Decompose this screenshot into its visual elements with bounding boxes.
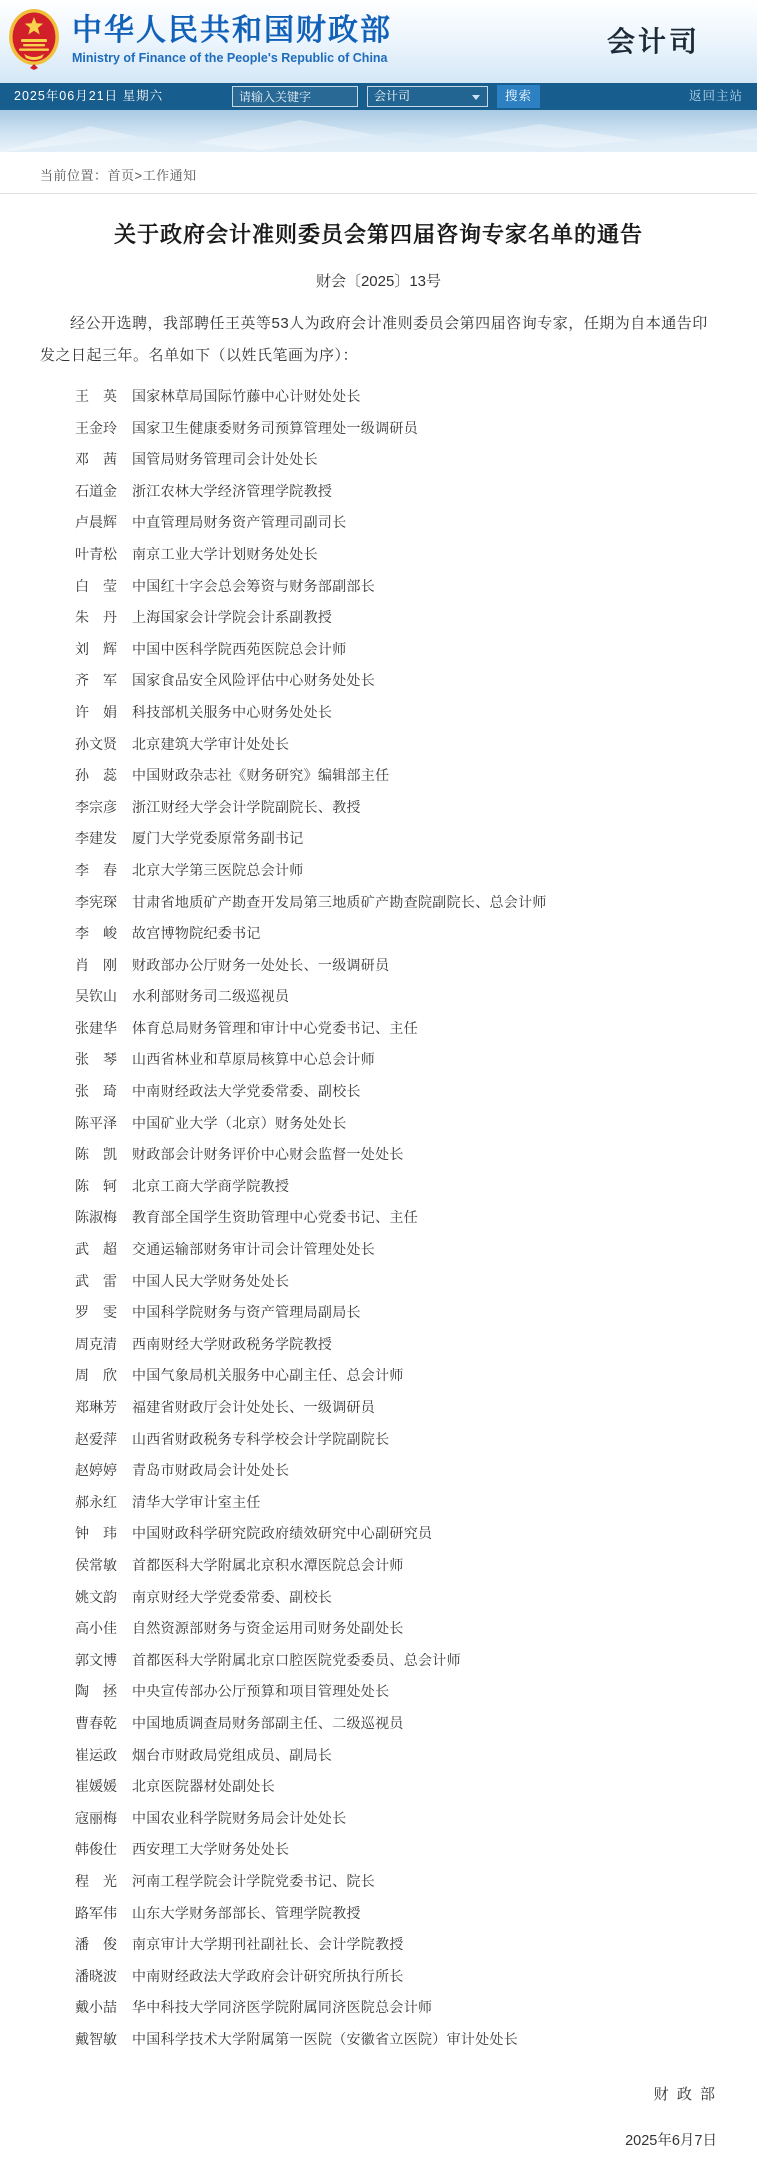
expert-name: 陈淑梅 [75, 1202, 117, 1234]
list-item: 吴钦山水利部财务司二级巡视员 [75, 981, 717, 1013]
signature-date: 2025年6月7日 [40, 2129, 717, 2153]
list-item: 赵婷婷青岛市财政局会计处处长 [75, 1455, 717, 1487]
list-item: 朱 丹上海国家会计学院会计系副教授 [75, 602, 717, 634]
search-button[interactable]: 搜索 [497, 85, 540, 108]
expert-name: 邓 茜 [75, 444, 117, 476]
expert-title: 北京医院器材处副处长 [132, 1778, 275, 1794]
site-subtitle: Ministry of Finance of the People's Repu… [72, 51, 392, 65]
expert-name: 程 光 [75, 1866, 117, 1898]
list-item: 潘 俊南京审计大学期刊社副社长、会计学院教授 [75, 1929, 717, 1961]
list-item: 郭文博首都医科大学附属北京口腔医院党委委员、总会计师 [75, 1645, 717, 1677]
list-item: 钟 玮中国财政科学研究院政府绩效研究中心副研究员 [75, 1518, 717, 1550]
expert-name: 李建发 [75, 823, 117, 855]
page-title: 关于政府会计准则委员会第四届咨询专家名单的通告 [40, 220, 717, 250]
expert-name: 朱 丹 [75, 602, 117, 634]
expert-name: 陈平泽 [75, 1108, 117, 1140]
expert-name: 武 超 [75, 1234, 117, 1266]
expert-name: 吴钦山 [75, 981, 117, 1013]
expert-title: 自然资源部财务与资金运用司财务处副处长 [132, 1620, 404, 1636]
expert-name: 白 莹 [75, 571, 117, 603]
expert-name: 王金玲 [75, 413, 117, 445]
list-item: 郝永红清华大学审计室主任 [75, 1487, 717, 1519]
expert-title: 厦门大学党委原常务副书记 [132, 830, 304, 846]
expert-name: 郭文博 [75, 1645, 117, 1677]
list-item: 叶青松南京工业大学计划财务处处长 [75, 539, 717, 571]
breadcrumb[interactable]: 当前位置：首页>工作通知 [40, 152, 717, 193]
expert-title: 中国科学院财务与资产管理局副局长 [132, 1304, 361, 1320]
expert-name: 罗 雯 [75, 1297, 117, 1329]
expert-name: 侯常敏 [75, 1550, 117, 1582]
signature-block: 财 政 部 2025年6月7日 [40, 2083, 717, 2177]
page: 中华人民共和国财政部 Ministry of Finance of the Pe… [0, 0, 757, 2177]
expert-title: 首都医科大学附属北京口腔医院党委委员、总会计师 [132, 1652, 461, 1668]
mountain-graphic [0, 110, 757, 152]
article-content: 当前位置：首页>工作通知 关于政府会计准则委员会第四届咨询专家名单的通告 财会〔… [0, 152, 757, 2177]
current-date: 2025年06月21日 星期六 [14, 83, 194, 110]
signature-org: 财 政 部 [40, 2083, 717, 2107]
expert-title: 烟台市财政局党组成员、副局长 [132, 1747, 332, 1763]
expert-title: 山西省财政税务专科学校会计学院副院长 [132, 1431, 389, 1447]
expert-list: 王 英国家林草局国际竹藤中心计财处处长王金玲国家卫生健康委财务司预算管理处一级调… [40, 381, 717, 2055]
expert-title: 国管局财务管理司会计处处长 [132, 451, 318, 467]
divider [0, 193, 757, 194]
search-box [232, 86, 358, 107]
list-item: 武 超交通运输部财务审计司会计管理处处长 [75, 1234, 717, 1266]
top-navbar: 2025年06月21日 星期六 会计司 搜索 返回主站 [0, 83, 757, 110]
expert-name: 曹春乾 [75, 1708, 117, 1740]
list-item: 张建华体育总局财务管理和审计中心党委书记、主任 [75, 1013, 717, 1045]
list-item: 孙文贤北京建筑大学审计处处长 [75, 729, 717, 761]
list-item: 侯常敏首都医科大学附属北京积水潭医院总会计师 [75, 1550, 717, 1582]
list-item: 崔运政烟台市财政局党组成员、副局长 [75, 1740, 717, 1772]
list-item: 程 光河南工程学院会计学院党委书记、院长 [75, 1866, 717, 1898]
expert-name: 赵婷婷 [75, 1455, 117, 1487]
expert-name: 张建华 [75, 1013, 117, 1045]
expert-name: 路军伟 [75, 1898, 117, 1930]
expert-title: 体育总局财务管理和审计中心党委书记、主任 [132, 1020, 418, 1036]
expert-title: 北京建筑大学审计处处长 [132, 736, 289, 752]
list-item: 陈 轲北京工商大学商学院教授 [75, 1171, 717, 1203]
brand-text: 中华人民共和国财政部 Ministry of Finance of the Pe… [72, 14, 392, 65]
list-item: 王金玲国家卫生健康委财务司预算管理处一级调研员 [75, 413, 717, 445]
expert-title: 中国科学技术大学附属第一医院（安徽省立医院）审计处处长 [132, 2031, 518, 2047]
list-item: 武 雷中国人民大学财务处处长 [75, 1266, 717, 1298]
search-input[interactable] [233, 87, 357, 106]
expert-title: 山西省林业和草原局核算中心总会计师 [132, 1051, 375, 1067]
intro-paragraph: 经公开选聘，我部聘任王英等53人为政府会计准则委员会第四届咨询专家，任期为自本通… [40, 308, 717, 372]
back-to-main-link[interactable]: 返回主站 [689, 83, 743, 110]
national-emblem-icon [8, 8, 60, 70]
expert-title: 故宫博物院纪委书记 [132, 925, 261, 941]
expert-title: 中国财政科学研究院政府绩效研究中心副研究员 [132, 1525, 432, 1541]
expert-title: 教育部全国学生资助管理中心党委书记、主任 [132, 1209, 418, 1225]
expert-title: 北京大学第三医院总会计师 [132, 862, 304, 878]
list-item: 齐 军国家食品安全风险评估中心财务处处长 [75, 665, 717, 697]
chevron-down-icon [472, 95, 480, 100]
search-scope-value: 会计司 [374, 89, 410, 103]
list-item: 姚文韵南京财经大学党委常委、副校长 [75, 1582, 717, 1614]
expert-name: 郑琳芳 [75, 1392, 117, 1424]
list-item: 周 欣中国气象局机关服务中心副主任、总会计师 [75, 1360, 717, 1392]
expert-title: 中国地质调查局财务部副主任、二级巡视员 [132, 1715, 404, 1731]
expert-title: 浙江财经大学会计学院副院长、教授 [132, 799, 361, 815]
list-item: 王 英国家林草局国际竹藤中心计财处处长 [75, 381, 717, 413]
list-item: 李建发厦门大学党委原常务副书记 [75, 823, 717, 855]
expert-name: 潘 俊 [75, 1929, 117, 1961]
list-item: 陶 拯中央宣传部办公厅预算和项目管理处处长 [75, 1676, 717, 1708]
expert-name: 孙 蕊 [75, 760, 117, 792]
expert-title: 中国红十字会总会筹资与财务部副部长 [132, 578, 375, 594]
expert-name: 陶 拯 [75, 1676, 117, 1708]
expert-name: 孙文贤 [75, 729, 117, 761]
expert-title: 财政部办公厅财务一处处长、一级调研员 [132, 957, 389, 973]
search-scope-select[interactable]: 会计司 [367, 86, 488, 107]
expert-title: 甘肃省地质矿产勘查开发局第三地质矿产勘查院副院长、总会计师 [132, 894, 547, 910]
expert-title: 西南财经大学财政税务学院教授 [132, 1336, 332, 1352]
expert-name: 许 娟 [75, 697, 117, 729]
expert-name: 戴小喆 [75, 1992, 117, 2024]
expert-name: 韩俊仕 [75, 1834, 117, 1866]
list-item: 赵爱萍山西省财政税务专科学校会计学院副院长 [75, 1424, 717, 1456]
site-header: 中华人民共和国财政部 Ministry of Finance of the Pe… [0, 0, 757, 83]
expert-name: 姚文韵 [75, 1582, 117, 1614]
list-item: 罗 雯中国科学院财务与资产管理局副局长 [75, 1297, 717, 1329]
list-item: 李宪琛甘肃省地质矿产勘查开发局第三地质矿产勘查院副院长、总会计师 [75, 887, 717, 919]
list-item: 白 莹中国红十字会总会筹资与财务部副部长 [75, 571, 717, 603]
expert-title: 清华大学审计室主任 [132, 1494, 261, 1510]
expert-name: 齐 军 [75, 665, 117, 697]
expert-name: 郝永红 [75, 1487, 117, 1519]
expert-title: 国家卫生健康委财务司预算管理处一级调研员 [132, 420, 418, 436]
expert-name: 周 欣 [75, 1360, 117, 1392]
expert-title: 中直管理局财务资产管理司副司长 [132, 514, 347, 530]
list-item: 郑琳芳福建省财政厅会计处处长、一级调研员 [75, 1392, 717, 1424]
expert-title: 国家食品安全风险评估中心财务处处长 [132, 672, 375, 688]
expert-name: 张 琴 [75, 1044, 117, 1076]
expert-title: 青岛市财政局会计处处长 [132, 1462, 289, 1478]
expert-name: 崔媛媛 [75, 1771, 117, 1803]
list-item: 李 峻故宫博物院纪委书记 [75, 918, 717, 950]
expert-name: 戴智敏 [75, 2024, 117, 2056]
expert-title: 浙江农林大学经济管理学院教授 [132, 483, 332, 499]
list-item: 肖 刚财政部办公厅财务一处处长、一级调研员 [75, 950, 717, 982]
expert-title: 山东大学财务部部长、管理学院教授 [132, 1905, 361, 1921]
list-item: 高小佳自然资源部财务与资金运用司财务处副处长 [75, 1613, 717, 1645]
document-number: 财会〔2025〕13号 [40, 270, 717, 291]
list-item: 邓 茜国管局财务管理司会计处处长 [75, 444, 717, 476]
list-item: 刘 辉中国中医科学院西苑医院总会计师 [75, 634, 717, 666]
expert-name: 石道金 [75, 476, 117, 508]
expert-name: 崔运政 [75, 1740, 117, 1772]
banner-image [0, 110, 757, 152]
expert-title: 上海国家会计学院会计系副教授 [132, 609, 332, 625]
expert-title: 福建省财政厅会计处处长、一级调研员 [132, 1399, 375, 1415]
expert-name: 赵爱萍 [75, 1424, 117, 1456]
list-item: 孙 蕊中国财政杂志社《财务研究》编辑部主任 [75, 760, 717, 792]
expert-name: 钟 玮 [75, 1518, 117, 1550]
list-item: 陈平泽中国矿业大学（北京）财务处处长 [75, 1108, 717, 1140]
department-name: 会计司 [607, 20, 700, 60]
expert-name: 周克清 [75, 1329, 117, 1361]
expert-title: 交通运输部财务审计司会计管理处处长 [132, 1241, 375, 1257]
expert-name: 武 雷 [75, 1266, 117, 1298]
expert-title: 北京工商大学商学院教授 [132, 1178, 289, 1194]
list-item: 戴小喆华中科技大学同济医学院附属同济医院总会计师 [75, 1992, 717, 2024]
expert-name: 刘 辉 [75, 634, 117, 666]
expert-name: 李 春 [75, 855, 117, 887]
expert-name: 高小佳 [75, 1613, 117, 1645]
expert-title: 中国中医科学院西苑医院总会计师 [132, 641, 347, 657]
expert-name: 卢晨辉 [75, 507, 117, 539]
expert-title: 华中科技大学同济医学院附属同济医院总会计师 [132, 1999, 432, 2015]
list-item: 周克清西南财经大学财政税务学院教授 [75, 1329, 717, 1361]
expert-title: 中南财经政法大学党委常委、副校长 [132, 1083, 361, 1099]
expert-title: 中国农业科学院财务局会计处处长 [132, 1810, 347, 1826]
expert-title: 中央宣传部办公厅预算和项目管理处处长 [132, 1683, 389, 1699]
expert-title: 科技部机关服务中心财务处处长 [132, 704, 332, 720]
expert-name: 陈 凯 [75, 1139, 117, 1171]
list-item: 陈 凯财政部会计财务评价中心财会监督一处处长 [75, 1139, 717, 1171]
expert-name: 张 琦 [75, 1076, 117, 1108]
expert-name: 陈 轲 [75, 1171, 117, 1203]
list-item: 路军伟山东大学财务部部长、管理学院教授 [75, 1898, 717, 1930]
list-item: 石道金浙江农林大学经济管理学院教授 [75, 476, 717, 508]
list-item: 张 琴山西省林业和草原局核算中心总会计师 [75, 1044, 717, 1076]
expert-name: 李宗彦 [75, 792, 117, 824]
expert-title: 中南财经政法大学政府会计研究所执行所长 [132, 1968, 404, 1984]
expert-title: 中国气象局机关服务中心副主任、总会计师 [132, 1367, 404, 1383]
list-item: 潘晓波中南财经政法大学政府会计研究所执行所长 [75, 1961, 717, 1993]
expert-name: 肖 刚 [75, 950, 117, 982]
expert-title: 首都医科大学附属北京积水潭医院总会计师 [132, 1557, 404, 1573]
list-item: 许 娟科技部机关服务中心财务处处长 [75, 697, 717, 729]
expert-name: 李 峻 [75, 918, 117, 950]
expert-title: 南京财经大学党委常委、副校长 [132, 1589, 332, 1605]
expert-name: 叶青松 [75, 539, 117, 571]
list-item: 寇丽梅中国农业科学院财务局会计处处长 [75, 1803, 717, 1835]
list-item: 张 琦中南财经政法大学党委常委、副校长 [75, 1076, 717, 1108]
site-title: 中华人民共和国财政部 [72, 14, 392, 48]
expert-title: 国家林草局国际竹藤中心计财处处长 [132, 388, 361, 404]
list-item: 曹春乾中国地质调查局财务部副主任、二级巡视员 [75, 1708, 717, 1740]
expert-title: 财政部会计财务评价中心财会监督一处处长 [132, 1146, 404, 1162]
expert-name: 李宪琛 [75, 887, 117, 919]
list-item: 戴智敏中国科学技术大学附属第一医院（安徽省立医院）审计处处长 [75, 2024, 717, 2056]
expert-name: 王 英 [75, 381, 117, 413]
expert-name: 寇丽梅 [75, 1803, 117, 1835]
expert-title: 中国财政杂志社《财务研究》编辑部主任 [132, 767, 389, 783]
site-logo[interactable]: 中华人民共和国财政部 Ministry of Finance of the Pe… [8, 8, 392, 70]
list-item: 韩俊仕西安理工大学财务处处长 [75, 1834, 717, 1866]
expert-title: 南京工业大学计划财务处处长 [132, 546, 318, 562]
list-item: 崔媛媛北京医院器材处副处长 [75, 1771, 717, 1803]
expert-title: 中国矿业大学（北京）财务处处长 [132, 1115, 347, 1131]
list-item: 陈淑梅教育部全国学生资助管理中心党委书记、主任 [75, 1202, 717, 1234]
expert-title: 中国人民大学财务处处长 [132, 1273, 289, 1289]
expert-title: 水利部财务司二级巡视员 [132, 988, 289, 1004]
list-item: 李 春北京大学第三医院总会计师 [75, 855, 717, 887]
expert-title: 南京审计大学期刊社副社长、会计学院教授 [132, 1936, 404, 1952]
expert-name: 潘晓波 [75, 1961, 117, 1993]
list-item: 李宗彦浙江财经大学会计学院副院长、教授 [75, 792, 717, 824]
list-item: 卢晨辉中直管理局财务资产管理司副司长 [75, 507, 717, 539]
expert-title: 河南工程学院会计学院党委书记、院长 [132, 1873, 375, 1889]
expert-title: 西安理工大学财务处处长 [132, 1841, 289, 1857]
